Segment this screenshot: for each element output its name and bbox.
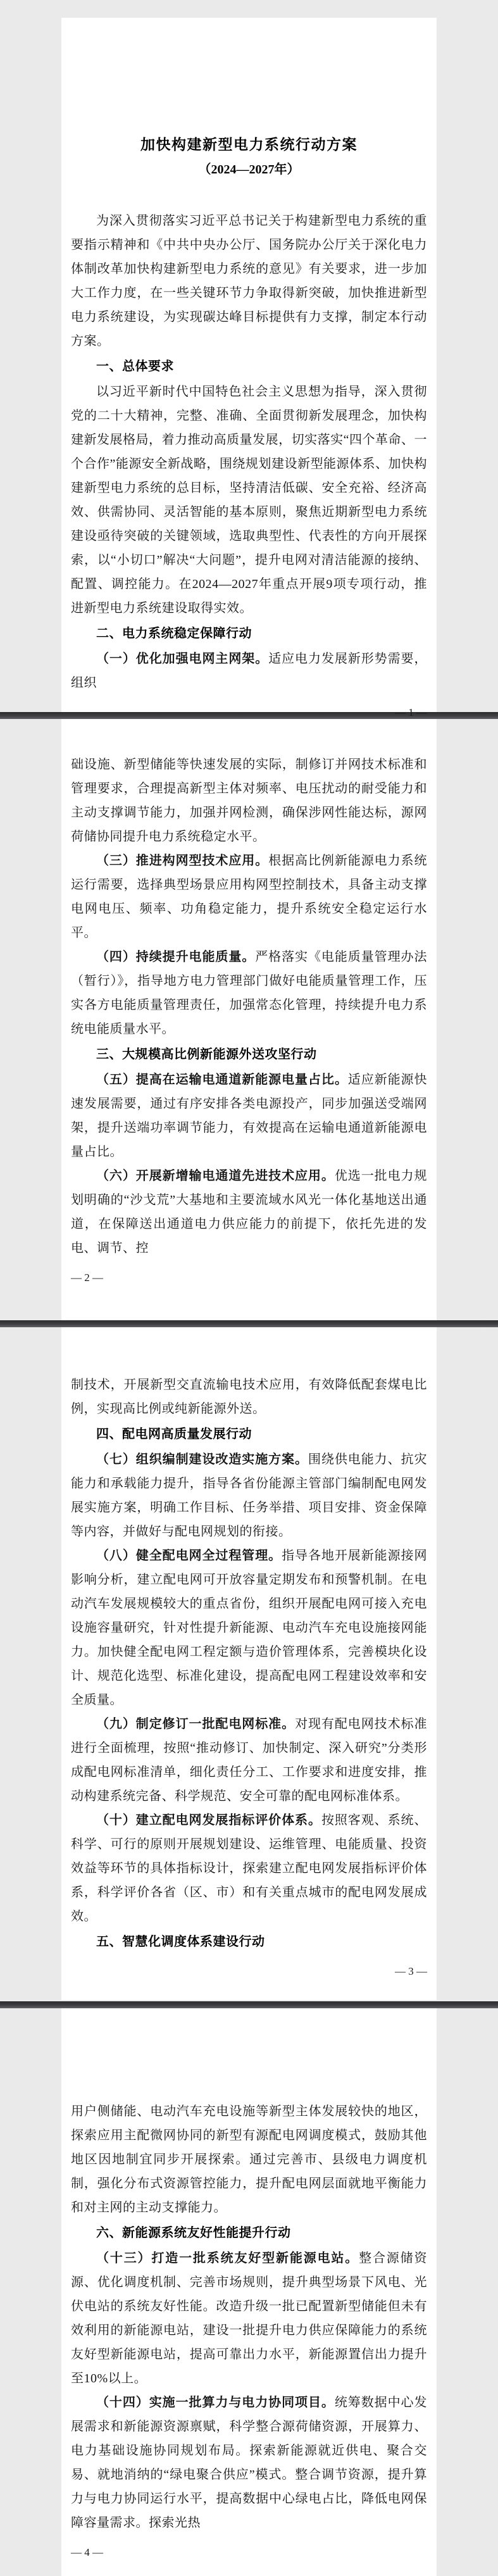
page-content: 用户侧储能、电动汽车充电设施等新型主体发展较快的地区，探索应用主配微网协同的新型… [71,2008,427,2535]
paragraph: （十）建立配电网发展指标评价体系。按照客观、系统、科学、可行的原则开展规划建设、… [71,1808,427,1929]
paragraph-lead: （五）提高在运输电通道新能源电量占比。 [96,1073,348,1087]
paragraph: （六）开展新增输电通道先进技术应用。优选一批电力规划明确的“沙戈荒”大基地和主要… [71,1164,427,1260]
page-content: 为深入贯彻落实习近平总书记关于构建新型电力系统的重要指示精神和《中共中央办公厅、… [71,209,427,695]
paragraph-lead: （十）建立配电网发展指标评价体系。 [96,1813,321,1827]
paragraph-lead: （四）持续提升电能质量。 [96,950,255,964]
paragraph-lead: （九）制定修订一批配电网标准。 [96,1717,295,1731]
paragraph: （九）制定修订一批配电网标准。对现有配电网技术标准进行全面梳理，按照“推动修订、… [71,1712,427,1808]
paragraph: （五）提高在运输电通道新能源电量占比。适应新能源快速发展需要，通过有序安排各类电… [71,1068,427,1164]
page-number: — 4 — [71,2546,427,2559]
paragraph-lead: （十三）打造一批系统友好型新能源电站。 [96,2251,359,2265]
paragraph-lead: （八）健全配电网全过程管理。 [96,1549,282,1563]
paragraph: （十三）打造一批系统友好型新能源电站。整合源储资源、优化调度机制、完善市场规则，… [71,2246,427,2391]
paragraph: （一）优化加强电网主网架。适应电力发展新形势需要，组织 [71,647,427,695]
paragraph-lead: （十四）实施一批算力与电力协同项目。 [96,2396,335,2410]
section-heading: 三、大规模高比例新能源外送攻坚行动 [71,1042,427,1066]
document-page: 制技术，开展新型交直流输电技术应用，有效降低配套煤电比例，实现高比例或纯新能源外… [61,1327,437,2000]
section-heading: 五、智慧化调度体系建设行动 [71,1930,427,1954]
paragraph-lead: （七）组织编制建设改造实施方案。 [96,1453,308,1466]
page-number: — 1 — [71,706,427,719]
page-separator [0,1320,498,1327]
document-subtitle: （2024—2027年） [71,159,427,177]
paragraph: （四）持续提升电能质量。严格落实《电能质量管理办法（暂行）》，指导地方电力管理部… [71,945,427,1041]
paragraph-lead: （一）优化加强电网主网架。 [96,652,268,666]
page-content: 制技术，开展新型交直流输电技术应用，有效降低配套煤电比例，实现高比例或纯新能源外… [71,1327,427,1954]
paragraph: 制技术，开展新型交直流输电技术应用，有效降低配套煤电比例，实现高比例或纯新能源外… [71,1373,427,1421]
paragraph-lead: （三）推进构网型技术应用。 [96,854,268,868]
paragraph: （八）健全配电网全过程管理。指导各地开展新能源接网影响分析，建立配电网可开放容量… [71,1544,427,1712]
document-title: 加快构建新型电力系统行动方案 [71,133,427,154]
page-separator [0,2001,498,2008]
document-page: 础设施、新型储能等快速发展的实际，制修订并网技术标准和管理要求，合理提高新型主体… [61,719,437,1320]
paragraph-lead: （六）开展新增输电通道先进技术应用。 [96,1169,335,1183]
page-number: — 3 — [71,1965,427,1978]
paragraph: （三）推进构网型技术应用。根据高比例新能源电力系统运行需要，选择典型场景应用构网… [71,849,427,945]
section-heading: 四、配电网高质量发展行动 [71,1422,427,1446]
page-number: — 2 — [71,1272,427,1284]
section-heading: 一、总体要求 [71,354,427,378]
document-page: 用户侧储能、电动汽车充电设施等新型主体发展较快的地区，探索应用主配微网协同的新型… [61,2008,437,2576]
document-viewer: 加快构建新型电力系统行动方案（2024—2027年）为深入贯彻落实习近平总书记关… [0,0,498,2576]
section-heading: 二、电力系统稳定保障行动 [71,622,427,646]
paragraph: （七）组织编制建设改造实施方案。围绕供电能力、抗灾能力和承载能力提升，指导各省份… [71,1447,427,1544]
paragraph: 用户侧储能、电动汽车充电设施等新型主体发展较快的地区，探索应用主配微网协同的新型… [71,2099,427,2220]
paragraph: （十四）实施一批算力与电力协同项目。统筹数据中心发展需求和新能源资源禀赋，科学整… [71,2391,427,2535]
page-content: 础设施、新型储能等快速发展的实际，制修订并网技术标准和管理要求，合理提高新型主体… [71,719,427,1260]
section-heading: 六、新能源系统友好性能提升行动 [71,2221,427,2245]
paragraph: 以习近平新时代中国特色社会主义思想为指导，深入贯彻党的二十大精神，完整、准确、全… [71,380,427,620]
paragraph: 为深入贯彻落实习近平总书记关于构建新型电力系统的重要指示精神和《中共中央办公厅、… [71,209,427,353]
document-page: 加快构建新型电力系统行动方案（2024—2027年）为深入贯彻落实习近平总书记关… [61,18,437,712]
paragraph: 础设施、新型储能等快速发展的实际，制修订并网技术标准和管理要求，合理提高新型主体… [71,753,427,849]
